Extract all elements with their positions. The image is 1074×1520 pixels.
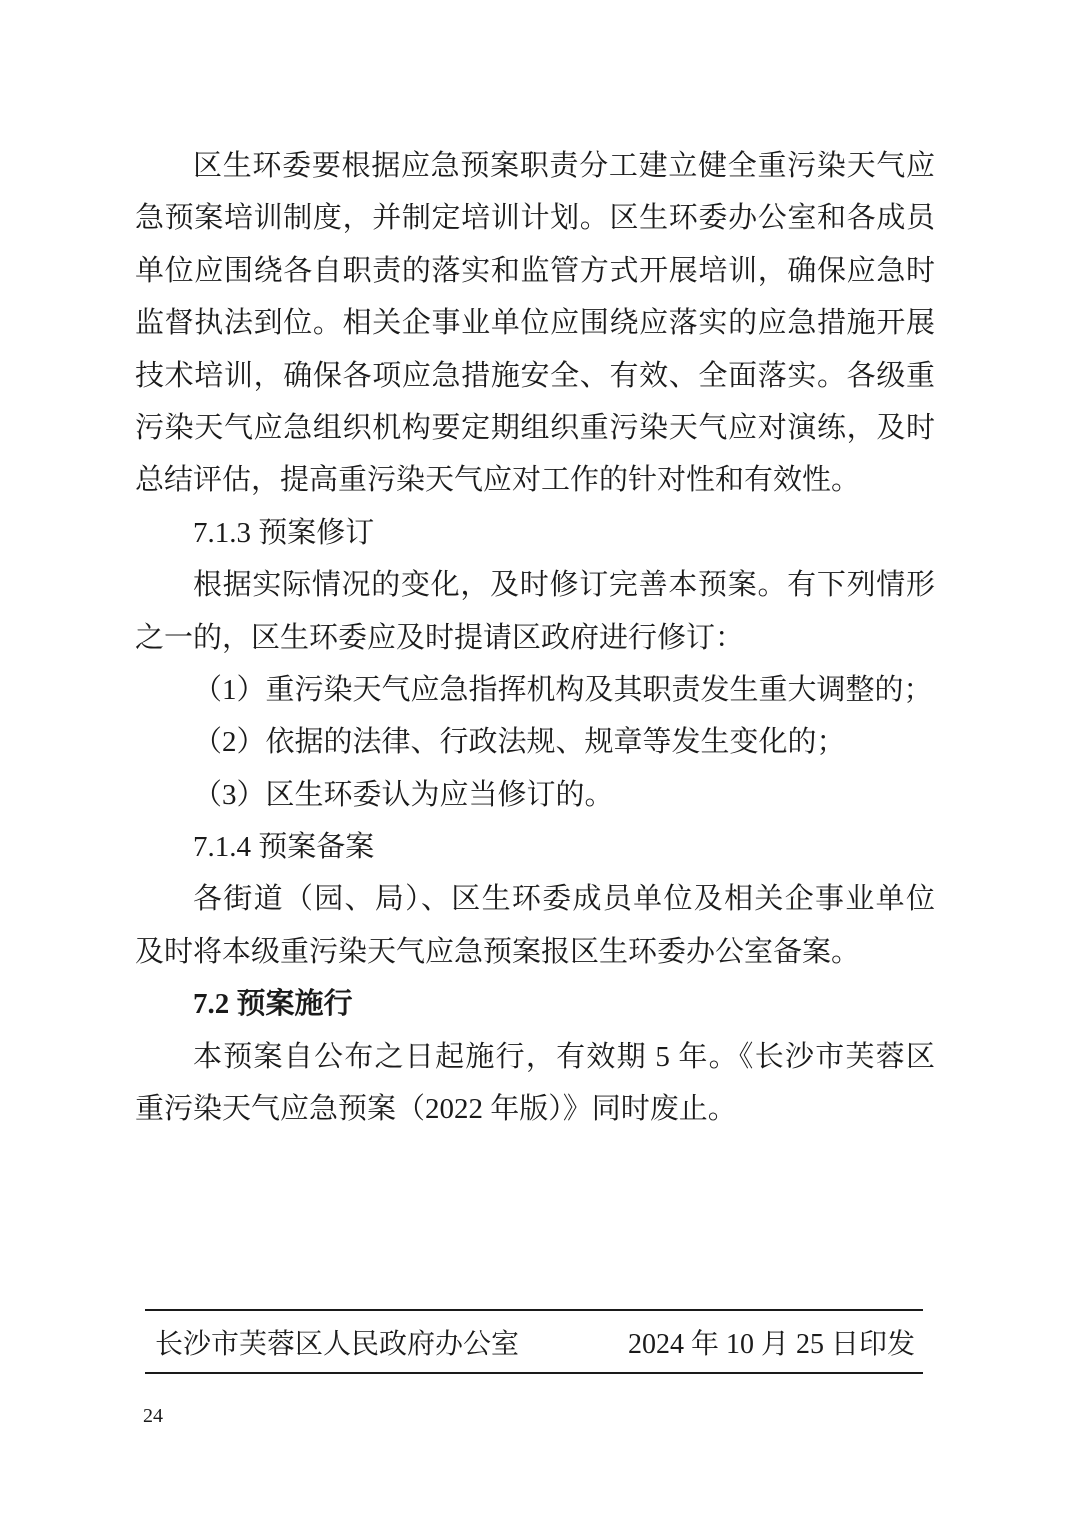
- footer-issuer: 长沙市芙蓉区人民政府办公室: [155, 1322, 519, 1362]
- footer-rule-bottom: [145, 1372, 923, 1374]
- heading-7-1-3: 7.1.3 预案修订: [135, 507, 935, 559]
- list-item-2: （2）依据的法律、行政法规、规章等发生变化的；: [135, 716, 935, 768]
- paragraph-line: 急预案培训制度，并制定培训计划。区生环委办公室和各成员: [135, 192, 935, 244]
- heading-7-1-4: 7.1.4 预案备案: [135, 821, 935, 873]
- paragraph-line: 及时将本级重污染天气应急预案报区生环委办公室备案。: [135, 926, 935, 978]
- footer-print-date: 2024 年 10 月 25 日印发: [628, 1322, 915, 1362]
- paragraph-line: 污染天气应急组织机构要定期组织重污染天气应对演练，及时: [135, 402, 935, 454]
- document-footer: 长沙市芙蓉区人民政府办公室 2024 年 10 月 25 日印发: [145, 1311, 923, 1372]
- paragraph-line: 区生环委要根据应急预案职责分工建立健全重污染天气应: [135, 140, 935, 192]
- paragraph-line: 总结评估，提高重污染天气应对工作的针对性和有效性。: [135, 454, 935, 506]
- list-item-1: （1）重污染天气应急指挥机构及其职责发生重大调整的；: [135, 664, 935, 716]
- document-page: 区生环委要根据应急预案职责分工建立健全重污染天气应 急预案培训制度，并制定培训计…: [0, 0, 1074, 1520]
- list-item-3: （3）区生环委认为应当修订的。: [135, 769, 935, 821]
- paragraph-line: 根据实际情况的变化，及时修订完善本预案。有下列情形: [135, 559, 935, 611]
- paragraph-line: 本预案自公布之日起施行，有效期 5 年。《长沙市芙蓉区: [135, 1031, 935, 1083]
- paragraph-line: 单位应围绕各自职责的落实和监管方式开展培训，确保应急时: [135, 245, 935, 297]
- paragraph-line: 之一的，区生环委应及时提请区政府进行修订：: [135, 612, 935, 664]
- paragraph-line: 监督执法到位。相关企事业单位应围绕应落实的应急措施开展: [135, 297, 935, 349]
- heading-7-2: 7.2 预案施行: [135, 978, 935, 1030]
- paragraph-line: 重污染天气应急预案（2022 年版）》同时废止。: [135, 1083, 935, 1135]
- paragraph-line: 各街道（园、局）、区生环委成员单位及相关企事业单位: [135, 873, 935, 925]
- body-text: 区生环委要根据应急预案职责分工建立健全重污染天气应 急预案培训制度，并制定培训计…: [135, 140, 935, 1135]
- paragraph-line: 技术培训，确保各项应急措施安全、有效、全面落实。各级重: [135, 350, 935, 402]
- page-number: 24: [143, 1402, 163, 1430]
